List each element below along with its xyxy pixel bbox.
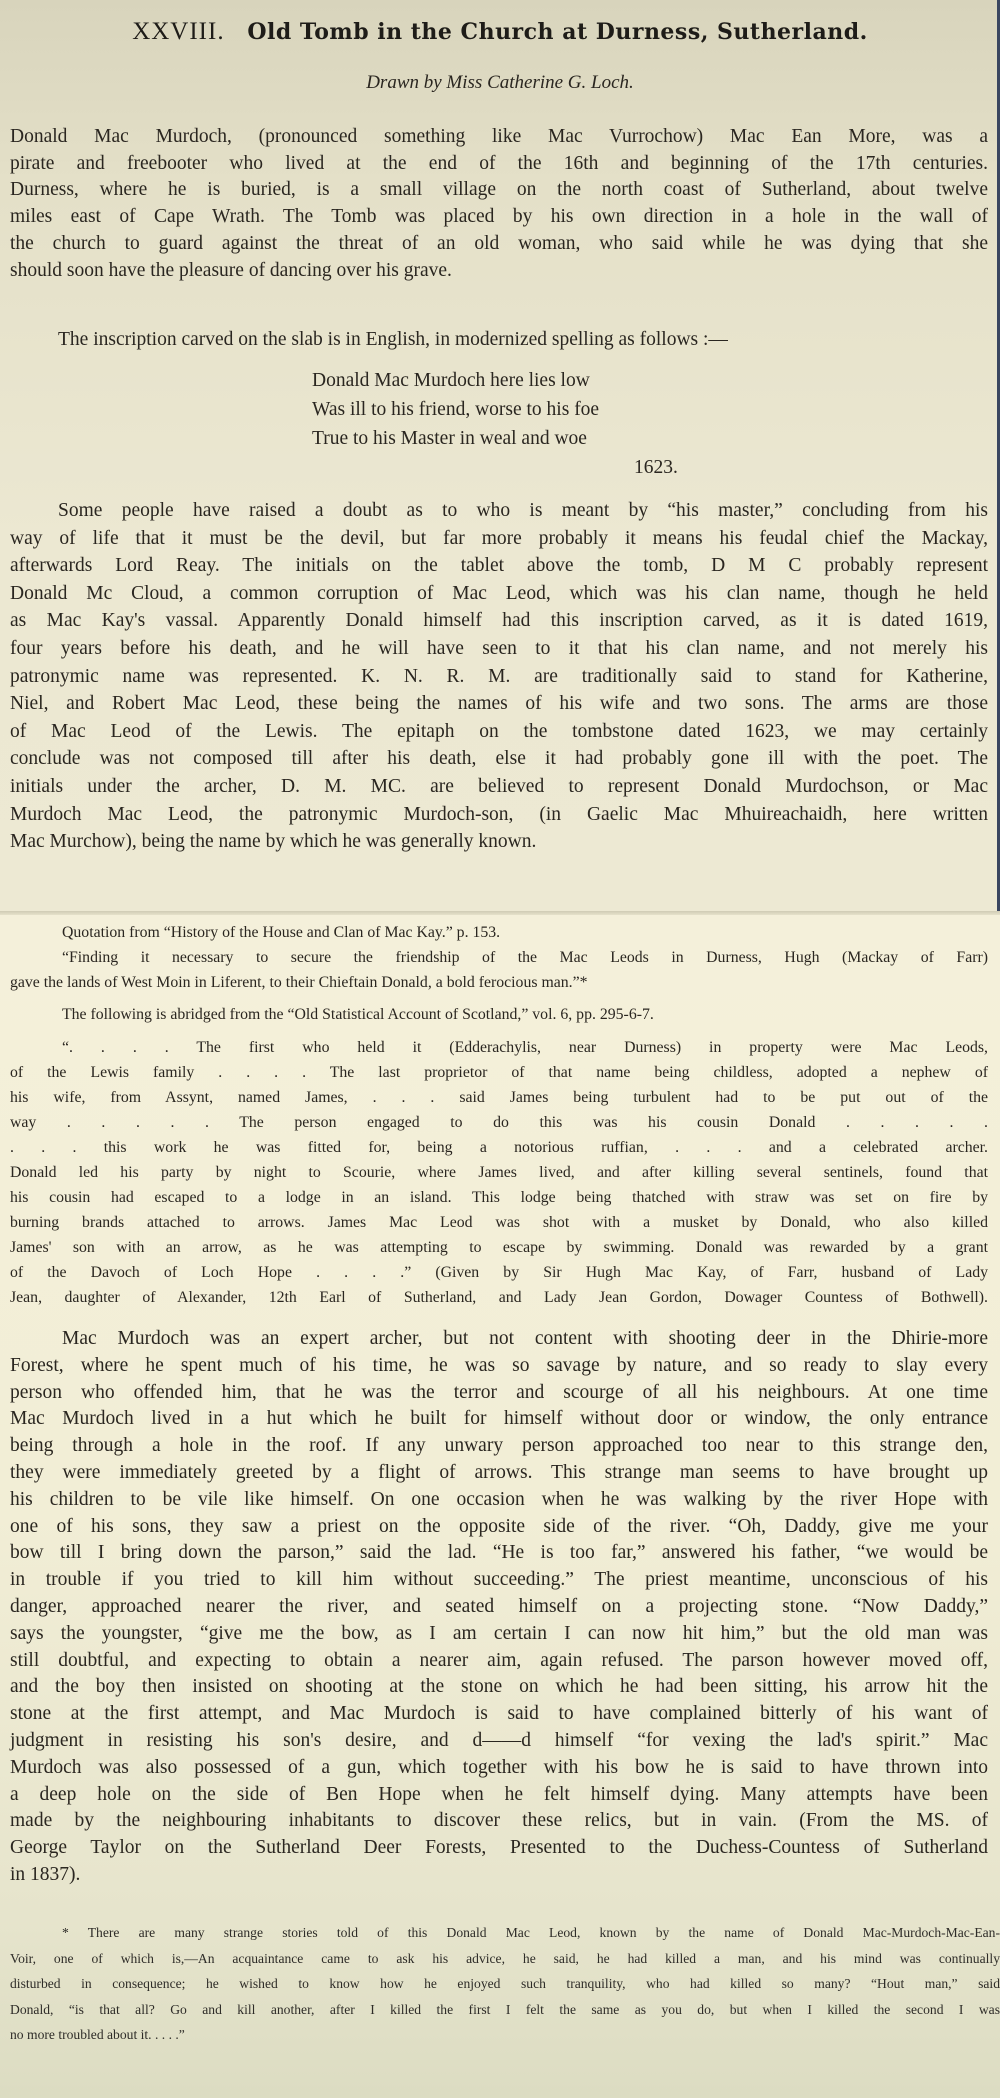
text-line: Donald Mac Murdoch, (pronounced somethin… xyxy=(10,124,988,151)
text-line: Donald Mc Cloud, a common corruption of … xyxy=(10,580,988,608)
text-line: initials under the archer, D. M. MC. are… xyxy=(10,773,988,801)
text-line: his children to be vile like himself. On… xyxy=(10,1487,988,1514)
text-line: a deep hole on the side of Ben Hope when… xyxy=(10,1782,988,1809)
footnote-line: disturbed in consequence; he wished to k… xyxy=(10,1971,1000,1997)
text-line: judgment in resisting his son's desire, … xyxy=(10,1728,988,1755)
text-line: of Mac Leod of the Lewis. The epitaph on… xyxy=(10,718,988,746)
text-line: “. . . . The first who held it (Edderach… xyxy=(10,1035,988,1060)
text-line: George Taylor on the Sutherland Deer For… xyxy=(10,1835,988,1862)
footnote-line: Donald, “is that all? Go and kill anothe… xyxy=(10,1997,1000,2023)
text-line: says the youngster, “give me the bow, as… xyxy=(10,1621,988,1648)
text-line: James' son with an arrow, as he was atte… xyxy=(10,1235,988,1260)
text-line: Jean, daughter of Alexander, 12th Earl o… xyxy=(10,1285,988,1310)
text-line: Mac Murchow), being the name by which he… xyxy=(10,828,988,856)
quotation-block: Quotation from “History of the House and… xyxy=(10,920,988,995)
text-line: Durness, where he is buried, is a small … xyxy=(10,177,988,204)
text-line: burning brands attached to arrows. James… xyxy=(10,1210,988,1235)
text-line: the church to guard against the threat o… xyxy=(10,231,988,258)
text-line: Forest, where he spent much of his time,… xyxy=(10,1353,988,1380)
byline: Drawn by Miss Catherine G. Loch. xyxy=(0,72,1000,94)
text-line: one of his sons, they saw a priest on th… xyxy=(10,1514,988,1541)
plate-numeral: XXVIII. xyxy=(132,18,224,45)
text-line: bow till I bring down the parson,” said … xyxy=(10,1540,988,1567)
narrative-paragraph: Mac Murdoch was an expert archer, but no… xyxy=(10,1326,988,1889)
intro-paragraph: Donald Mac Murdoch, (pronounced somethin… xyxy=(10,124,988,284)
text-line: being through a hole in the roof. If any… xyxy=(10,1433,988,1460)
statistical-account-block: The following is abridged from the “Old … xyxy=(10,1002,988,1310)
text-line: miles east of Cape Wrath. The Tomb was p… xyxy=(10,204,988,231)
text-line: conclude was not composed till after his… xyxy=(10,745,988,773)
text-line: made by the neighbouring inhabitants to … xyxy=(10,1808,988,1835)
text-line: should soon have the pleasure of dancing… xyxy=(10,258,988,285)
text-line: and the boy then insisted on shooting at… xyxy=(10,1674,988,1701)
text-line: gave the lands of West Moin in Liferent,… xyxy=(10,970,988,995)
footnote-line: Voir, one of which is,—An acquaintance c… xyxy=(10,1946,1000,1972)
text-line: they were immediately greeted by a fligh… xyxy=(10,1460,988,1487)
inscription-date: 1623. xyxy=(312,453,678,482)
text-line: . . . this work he was fitted for, being… xyxy=(10,1135,988,1160)
text-line: of the Davoch of Loch Hope . . . .” (Giv… xyxy=(10,1260,988,1285)
text-line: afterwards Lord Reay. The initials on th… xyxy=(10,552,988,580)
text-line: way of life that it must be the devil, b… xyxy=(10,525,988,553)
text-line: Some people have raised a doubt as to wh… xyxy=(10,497,988,525)
text-line: “Finding it necessary to secure the frie… xyxy=(10,945,988,970)
text-line: Murdoch was also possessed of a gun, whi… xyxy=(10,1755,988,1782)
page-title: XXVIII. Old Tomb in the Church at Durnes… xyxy=(0,18,1000,46)
text-line: patronymic name was represented. K. N. R… xyxy=(10,663,988,691)
footnote-line: no more troubled about it. . . . .” xyxy=(10,2022,1000,2048)
commentary-paragraph: Some people have raised a doubt as to wh… xyxy=(10,497,988,856)
text-line: Mac Murdoch lived in a hut which he buil… xyxy=(10,1406,988,1433)
statistical-source: The following is abridged from the “Old … xyxy=(10,1002,988,1027)
verse-line: Was ill to his friend, worse to his foe xyxy=(312,395,678,424)
text-line: his wife, from Assynt, named James, . . … xyxy=(10,1085,988,1110)
text-line: Murdoch Mac Leod, the patronymic Murdoch… xyxy=(10,801,988,829)
plate-title: Old Tomb in the Church at Durness, Suthe… xyxy=(247,19,867,45)
text-line: Donald led his party by night to Scourie… xyxy=(10,1160,988,1185)
text-line: still doubtful, and expecting to obtain … xyxy=(10,1648,988,1675)
footnote-line: * There are many strange stories told of… xyxy=(10,1920,1000,1946)
verse-line: Donald Mac Murdoch here lies low xyxy=(312,366,678,395)
text-line: in trouble if you tried to kill him with… xyxy=(10,1567,988,1594)
text-line: Niel, and Robert Mac Leod, these being t… xyxy=(10,690,988,718)
text-line: danger, approached nearer the river, and… xyxy=(10,1594,988,1621)
text-line: stone at the first attempt, and Mac Murd… xyxy=(10,1701,988,1728)
text-line: as Mac Kay's vassal. Apparently Donald h… xyxy=(10,607,988,635)
footnote: * There are many strange stories told of… xyxy=(10,1920,1000,2048)
text-line: four years before his death, and he will… xyxy=(10,635,988,663)
text-line: way . . . . . The person engaged to do t… xyxy=(10,1110,988,1135)
text-line: Mac Murdoch was an expert archer, but no… xyxy=(10,1326,988,1353)
text-line: his cousin had escaped to a lodge in an … xyxy=(10,1185,988,1210)
text-line: person who offended him, that he was the… xyxy=(10,1380,988,1407)
text-line: in 1837). xyxy=(10,1862,988,1889)
verse-line: True to his Master in weal and woe xyxy=(312,424,678,453)
text-line: of the Lewis family . . . . The last pro… xyxy=(10,1060,988,1085)
quotation-source: Quotation from “History of the House and… xyxy=(10,920,988,945)
inscription-intro: The inscription carved on the slab is in… xyxy=(10,327,988,354)
inscription-verse: Donald Mac Murdoch here lies low Was ill… xyxy=(312,366,678,482)
text-line: pirate and freebooter who lived at the e… xyxy=(10,151,988,178)
text-line: The inscription carved on the slab is in… xyxy=(10,327,988,354)
